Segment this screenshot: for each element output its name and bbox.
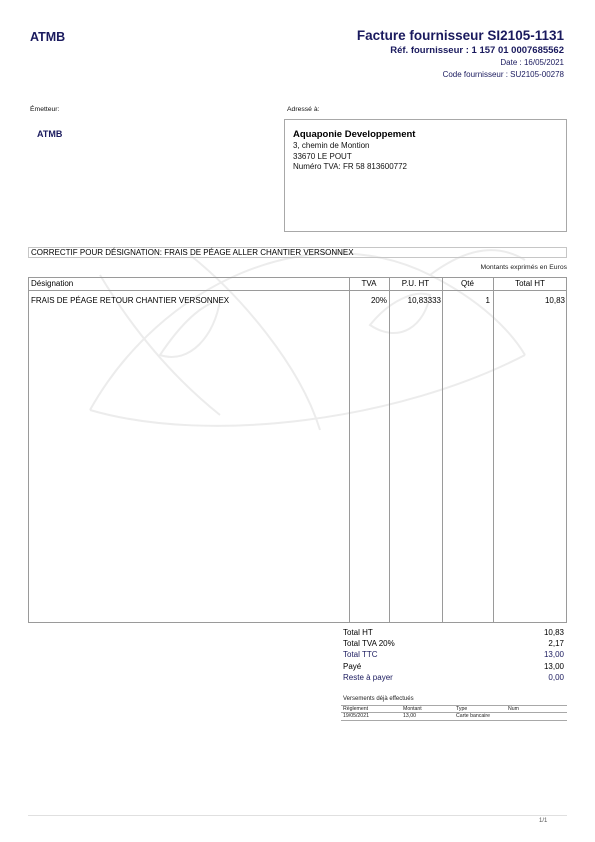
total-tva-value: 2,17: [548, 638, 564, 649]
total-ttc-row: Total TTC 13,00: [343, 649, 564, 660]
footer-divider: [28, 815, 567, 816]
company-logo-text: ATMB: [30, 30, 65, 44]
total-tva-row: Total TVA 20% 2,17: [343, 638, 564, 649]
payment-amount: 13,00: [403, 713, 416, 720]
invoice-date: Date : 16/05/2021: [357, 57, 564, 69]
payments-col-num: Num: [508, 706, 519, 713]
row-tva: 20%: [349, 296, 387, 306]
row-pu-ht: 10,83333: [389, 296, 441, 306]
column-divider: [389, 278, 390, 622]
page-number: 1/1: [539, 818, 547, 824]
payments-col-date: Règlement: [343, 706, 368, 713]
recipient-vat-number: Numéro TVA: FR 58 813600772: [293, 162, 566, 173]
recipient-address-line2: 33670 LE POUT: [293, 152, 566, 163]
column-divider: [349, 278, 350, 622]
currency-note: Montants exprimés en Euros: [480, 264, 567, 271]
row-designation: FRAIS DE PÉAGE RETOUR CHANTIER VERSONNEX: [31, 296, 229, 306]
col-header-total-ht: Total HT: [493, 279, 567, 289]
payment-date: 19/05/2021: [343, 713, 369, 720]
sender-name: ATMB: [37, 129, 62, 139]
recipient-box: Aquaponie Developpement 3, chemin de Mon…: [284, 119, 567, 232]
remaining-value: 0,00: [548, 672, 564, 683]
payments-table: Règlement Montant Type Num 19/05/2021 13…: [341, 705, 567, 721]
invoice-title: Facture fournisseur SI2105-1131: [357, 28, 564, 44]
row-qty: 1: [442, 296, 490, 306]
col-header-tva: TVA: [349, 279, 389, 289]
col-header-qty: Qté: [442, 279, 493, 289]
total-ttc-value: 13,00: [544, 649, 564, 660]
payments-header-row: Règlement Montant Type Num: [341, 706, 567, 713]
recipient-address-line1: 3, chemin de Montion: [293, 141, 566, 152]
sender-label: Émetteur:: [30, 106, 59, 113]
total-ht-value: 10,83: [544, 627, 564, 638]
recipient-name: Aquaponie Developpement: [293, 129, 566, 141]
payments-col-type: Type: [456, 706, 467, 713]
invoice-note: CORRECTIF POUR DÉSIGNATION: FRAIS DE PÉA…: [28, 247, 567, 258]
col-header-pu-ht: P.U. HT: [389, 279, 442, 289]
totals-block: Total HT 10,83 Total TVA 20% 2,17 Total …: [343, 627, 564, 683]
total-ht-label: Total HT: [343, 627, 373, 638]
payment-row: 19/05/2021 13,00 Carte bancaire: [341, 713, 567, 720]
column-divider: [493, 278, 494, 622]
payments-title: Versements déjà effectués: [343, 696, 414, 702]
payments-col-amount: Montant: [403, 706, 422, 713]
supplier-ref: Réf. fournisseur : 1 157 01 0007685562: [357, 44, 564, 57]
total-ttc-label: Total TTC: [343, 649, 378, 660]
remaining-row: Reste à payer 0,00: [343, 672, 564, 683]
paid-label: Payé: [343, 661, 361, 672]
col-header-designation: Désignation: [31, 279, 73, 289]
remaining-label: Reste à payer: [343, 672, 393, 683]
items-table: Désignation TVA P.U. HT Qté Total HT FRA…: [28, 277, 567, 623]
header-divider: [29, 290, 566, 291]
paid-value: 13,00: [544, 661, 564, 672]
recipient-label: Adressé à:: [287, 106, 320, 113]
payment-type: Carte bancaire: [456, 713, 490, 720]
invoice-header: Facture fournisseur SI2105-1131 Réf. fou…: [357, 28, 564, 81]
supplier-code: Code fournisseur : SU2105-00278: [357, 69, 564, 81]
paid-row: Payé 13,00: [343, 661, 564, 672]
total-tva-label: Total TVA 20%: [343, 638, 395, 649]
column-divider: [442, 278, 443, 622]
total-ht-row: Total HT 10,83: [343, 627, 564, 638]
row-total-ht: 10,83: [493, 296, 565, 306]
